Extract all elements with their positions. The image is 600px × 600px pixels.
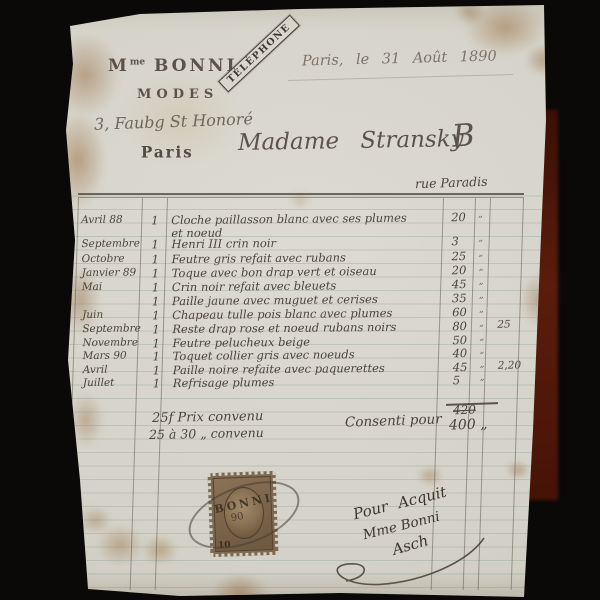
row-date: Avril (83, 363, 143, 376)
row-price-far: 2,20 (498, 359, 522, 371)
row-price-francs: 60 (452, 305, 467, 319)
row-price-cents: „ (479, 333, 484, 343)
row-date: Septembre (82, 322, 142, 335)
photo-backdrop: { "photo": { "backdrop_color": "#0b0908"… (0, 0, 600, 600)
row-price-cents: „ (479, 319, 484, 329)
signature-flourish (306, 524, 496, 596)
row-price-cents: „ (479, 305, 484, 315)
row-qty: 1 (153, 376, 160, 390)
row-price-francs: 5 (453, 373, 460, 387)
row-date (82, 294, 142, 295)
row-price-francs: 25 (451, 249, 466, 263)
row-date: Mars 90 (83, 349, 143, 362)
row-price-francs: 35 (452, 291, 467, 305)
total-amount: 400 „ (449, 416, 488, 433)
row-price-cents: „ (479, 291, 484, 301)
row-date: Avril 88 (81, 213, 141, 226)
row-price-francs: 40 (453, 346, 468, 360)
row-date: Septembre (81, 237, 141, 250)
row-qty: 1 (153, 363, 160, 377)
row-description: Henri III crin noir (171, 236, 276, 251)
row-price-francs: 20 (452, 263, 467, 277)
row-price-francs: 80 (452, 319, 467, 333)
row-price-francs: 3 (451, 234, 458, 248)
row-qty: 1 (151, 213, 158, 227)
row-qty: 1 (153, 349, 160, 363)
price-note-1: 25f Prix convenu (152, 409, 264, 426)
row-price-francs: 20 (451, 210, 466, 224)
invoice-paper: 127 Mme BONNI MODES 3, Faubg St Honoré P… (0, 0, 600, 600)
row-qty: 1 (151, 237, 158, 251)
row-qty: 1 (152, 266, 159, 280)
row-qty: 1 (152, 308, 159, 322)
row-date: Janvier 89 (82, 266, 142, 279)
price-note-2: 25 à 30 „ convenu (149, 425, 264, 442)
row-qty: 1 (152, 280, 159, 294)
row-qty: 1 (152, 252, 159, 266)
consent-label: Consenti pour (345, 411, 442, 430)
row-qty: 1 (152, 294, 159, 308)
row-price-francs: 45 (452, 277, 467, 291)
row-price-cents: „ (479, 277, 484, 287)
row-price-cents: „ (480, 373, 485, 383)
row-price-cents: „ (480, 346, 485, 356)
row-date: Novembre (82, 336, 142, 349)
row-price-far: 25 (497, 319, 510, 331)
row-date: Juin (82, 308, 142, 321)
row-description: Refrisage plumes (173, 375, 275, 390)
pencil-number: 127 (83, 3, 109, 22)
row-price-cents: „ (478, 249, 483, 259)
row-description: Cloche paillasson blanc avec ses plumes (171, 211, 407, 227)
row-price-cents: „ (478, 234, 483, 244)
row-qty: 1 (152, 336, 159, 350)
row-date: Mai (82, 280, 142, 293)
row-date: Juillet (83, 376, 143, 389)
row-qty: 1 (152, 322, 159, 336)
table-row: Avril 881Cloche paillasson blanc avec se… (0, 209, 599, 229)
row-price-cents: „ (479, 263, 484, 273)
row-date: Octobre (82, 252, 142, 265)
row-price-cents: „ (480, 360, 485, 370)
row-price-cents: „ (478, 210, 483, 220)
ledger-rows: Avril 881Cloche paillasson blanc avec se… (0, 0, 600, 600)
total-amount-struck: 420 (453, 403, 476, 418)
